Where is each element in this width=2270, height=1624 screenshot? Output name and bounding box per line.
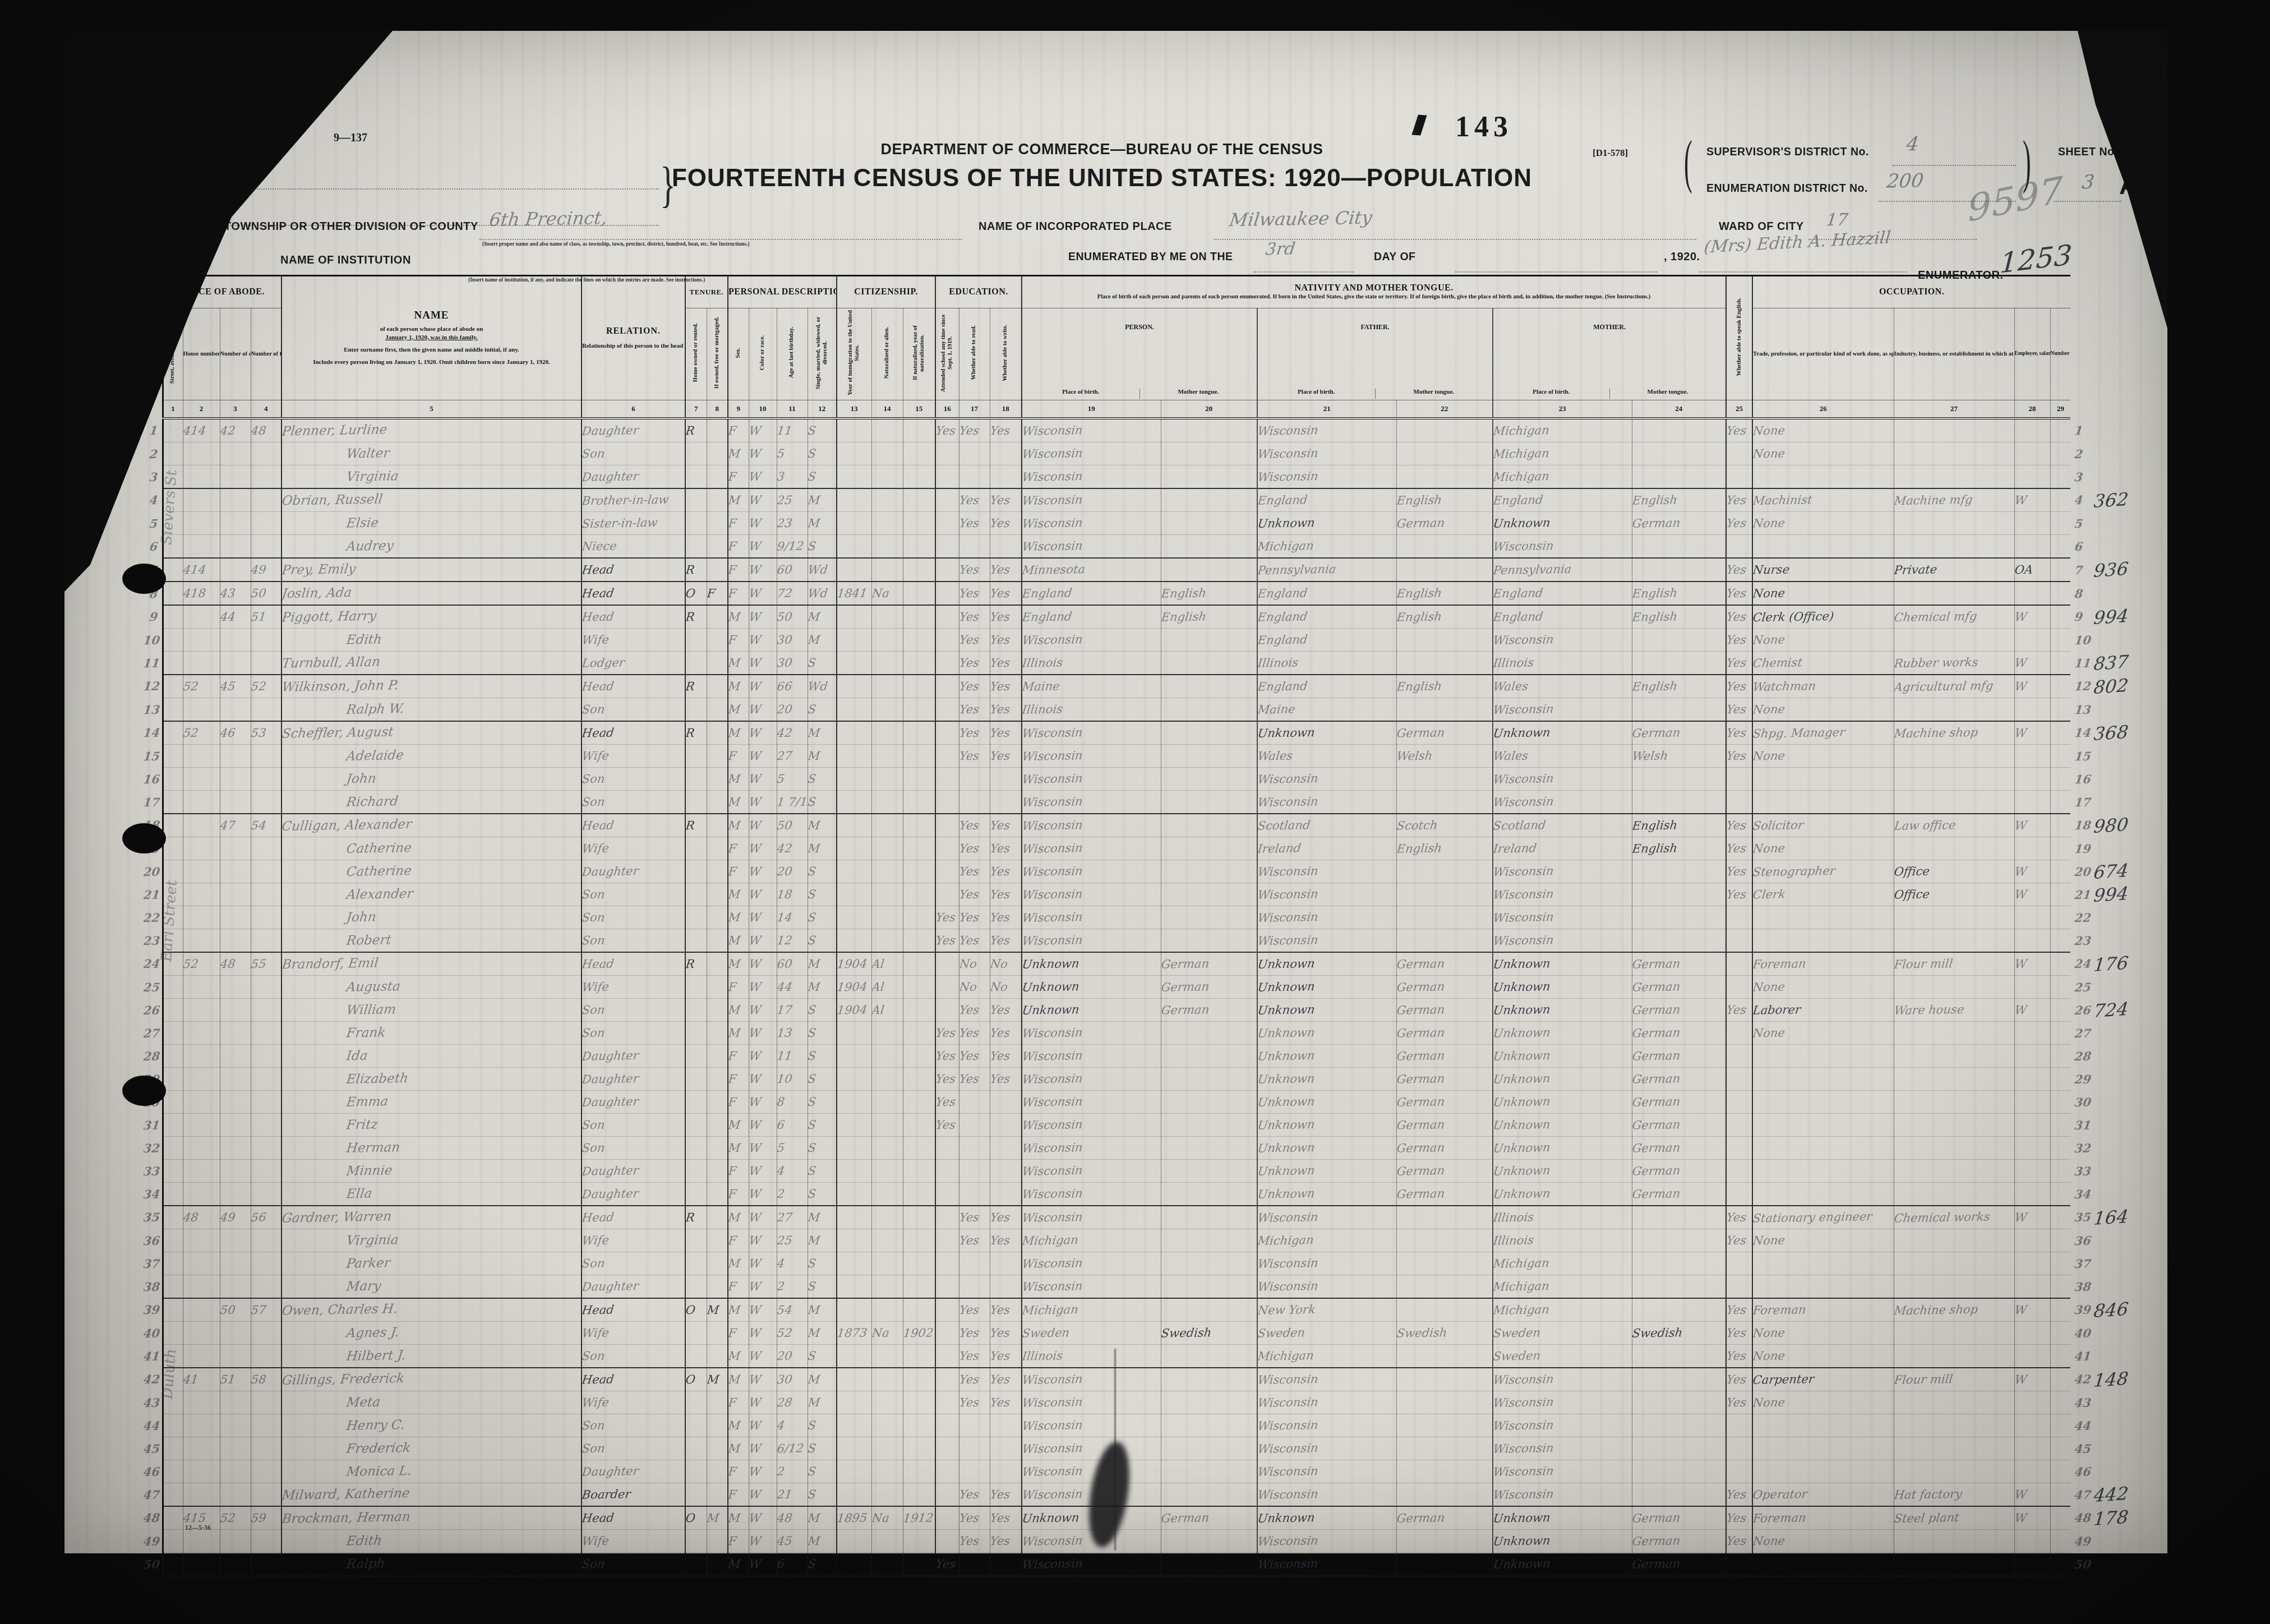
line-number-right: 40 [2070,1322,2094,1345]
margin-annotation [2094,1322,2147,1345]
margin-annotation [2094,1022,2147,1045]
col-9-header: Sex. [728,308,749,400]
punch-hole-3 [122,1076,166,1106]
line-number-left: 21 [144,883,163,906]
line-number-left: 35 [144,1206,163,1229]
margin-annotation [2094,1391,2147,1414]
year-printed: , 1920. [1664,251,1700,264]
table-row: 94451Piggott, HarryHeadRMW50MYesYesEngla… [144,605,2147,629]
line-number-right: 17 [2070,791,2094,814]
col-number-16: 16 [935,400,959,419]
table-row: 46Monica L.DaughterFW2SWisconsinWisconsi… [144,1460,2147,1483]
table-row: 13Ralph W.SonMW20SYesYesIllinoisMaineWis… [144,698,2147,722]
table-row: 29ElizabethDaughterFW10SYesYesYesWiscons… [144,1068,2147,1091]
table-row: 20CatherineDaughterFW20SYesYesWisconsinW… [144,860,2147,883]
col-number-13: 13 [837,400,871,419]
table-row: 38MaryDaughterFW2SWisconsinWisconsinMich… [144,1275,2147,1299]
ward-value: 17 [1825,210,1849,230]
table-row: 11Turnbull, AllanLodgerMW30SYesYesIllino… [144,652,2147,675]
col-number-4: 4 [251,400,282,419]
col-number-28: 28 [2014,400,2050,419]
line-number-left: 33 [144,1160,163,1183]
line-number-right: 22 [2070,906,2094,929]
table-row: 184754Culligan, AlexanderHeadRMW50MYesYe… [144,814,2147,837]
day-of-label: DAY OF [1374,251,1416,264]
line-number-right: 7 [2070,558,2094,582]
census-sheet: 9—137 DEPARTMENT OF COMMERCE—BUREAU OF T… [64,31,2167,1553]
margin-annotation [2094,768,2147,791]
census-table: PLACE OF ABODE. NAME of each person whos… [144,275,2147,1577]
line-number-left: 9 [144,605,163,629]
margin-annotation: 936 [2094,558,2147,582]
line-number-left: 10 [144,629,163,652]
line-number-right: 37 [2070,1252,2094,1275]
margin-annotation [2094,698,2147,722]
line-number-right: 24 [2070,952,2094,976]
table-row: 42415158Gillings, FrederickHeadOMMW30MYe… [144,1368,2147,1391]
line-number-left: 13 [144,698,163,722]
table-row: 4Obrian, RussellBrother-in-lawMW25MYesYe… [144,488,2147,512]
margin-annotation [2094,1414,2147,1437]
enumerator-number: 1253 [1999,238,2073,279]
line-number-right: 25 [2070,976,2094,999]
line-number-left: 39 [144,1298,163,1322]
line-number-left: 44 [144,1414,163,1437]
line-number-left: 16 [144,768,163,791]
nativity-mother-header: MOTHER. Place of birth.Mother tongue. [1493,308,1726,400]
line-number-left: 2 [144,442,163,465]
col-number-2: 2 [183,400,220,419]
line-number-right: 18 [2070,814,2094,837]
group-personal: PERSONAL DESCRIPTION. [728,276,837,308]
line-number-right: 4 [2070,488,2094,512]
enumeration-district-label: ENUMERATION DISTRICT No. [1706,182,1868,195]
table-row: 47Milward, KatherineBoarderFW21SYesYesWi… [144,1483,2147,1507]
line-number-right: 50 [2070,1553,2094,1576]
line-number-left: 36 [144,1229,163,1252]
col-16-header: Attended school any time since Sept. 1, … [935,308,959,400]
margin-annotation [2094,1460,2147,1483]
margin-annotation [2094,906,2147,929]
margin-annotation: 164 [2094,1206,2147,1229]
col-number-17: 17 [959,400,990,419]
line-number-left: 3 [144,465,163,489]
line-number-right: 16 [2070,768,2094,791]
table-row: 40Agnes J.WifeFW52M1873Na1902YesYesSwede… [144,1322,2147,1345]
margin-annotation [2094,791,2147,814]
line-number-left: 41 [144,1345,163,1368]
line-number-right: 30 [2070,1091,2094,1114]
township-note: (Insert proper name and also name of cla… [482,242,749,247]
col-relation-header: RELATION. Relationship of this person to… [582,276,685,400]
line-number-left: 31 [144,1114,163,1137]
table-row: 741449Prey, EmilyHeadRFW60WdYesYesMinnes… [144,558,2147,582]
line-number-left: 28 [144,1045,163,1068]
col-11-header: Age at last birthday. [777,308,808,400]
place-label: NAME OF INCORPORATED PLACE [979,220,1172,233]
line-number-right: 3 [2070,465,2094,489]
state-county-brace: } [660,155,676,214]
nativity-person-header: PERSON. Place of birth.Mother tongue. [1022,308,1257,400]
line-number-left: 11 [144,652,163,675]
table-row: 49EdithWifeFW45MYesYesWisconsinWisconsin… [144,1530,2147,1553]
table-row: 3VirginiaDaughterFW3SWisconsinWisconsinM… [144,465,2147,489]
margin-annotation [2094,1045,2147,1068]
col-18-header: Whether able to write. [990,308,1022,400]
street-name-3: Duluth [161,1290,181,1458]
table-row: 12524552Wilkinson, John P.HeadRMW66WdYes… [144,675,2147,698]
margin-annotation [2094,442,2147,465]
table-row: 10EdithWifeFW30MYesYesWisconsinEnglandWi… [144,629,2147,652]
nativity-father-header: FATHER. Place of birth.Mother tongue. [1257,308,1493,400]
line-number-right: 47 [2070,1483,2094,1507]
margin-annotation [2094,465,2147,489]
table-row: 21AlexanderSonMW18SYesYesWisconsinWiscon… [144,883,2147,906]
group-citizenship: CITIZENSHIP. [837,276,935,308]
place-value: Milwaukee City [1228,207,1373,230]
margin-annotation [2094,837,2147,860]
col-27-header: Industry, business, or establishment in … [1894,308,2014,400]
col-26-header: Trade, profession, or particular kind of… [1752,308,1894,400]
col-name-header: NAME of each person whose place of abode… [282,276,582,400]
stamp-flag-mark [1411,114,1427,135]
line-number-right: 43 [2070,1391,2094,1414]
line-number-left: 4 [144,488,163,512]
margin-annotation [2094,1091,2147,1114]
line-number-left: 34 [144,1183,163,1206]
sheet-number-value: 3 [2081,171,2096,193]
margin-annotation [2094,1160,2147,1183]
margin-annotation: 994 [2094,605,2147,629]
margin-annotation: 837 [2094,652,2147,675]
col-number-12: 12 [808,400,837,419]
table-row: 31FritzSonMW6SYesWisconsinUnknownGermanU… [144,1114,2147,1137]
line-number-right: 8 [2070,582,2094,605]
line-number-right: 23 [2070,929,2094,953]
margin-annotation [2094,1137,2147,1160]
page-stamp-number: 143 [1455,110,1512,144]
table-row: 15AdelaideWifeFW27MYesYesWisconsinWalesW… [144,745,2147,768]
col-number-11: 11 [777,400,808,419]
col-number-22: 22 [1396,400,1493,419]
table-row: 2WalterSonMW5SWisconsinWisconsinMichigan… [144,442,2147,465]
table-row: 34EllaDaughterFW2SWisconsinUnknownGerman… [144,1183,2147,1206]
margin-annotation [2094,1437,2147,1460]
line-number-right: 42 [2070,1368,2094,1391]
col-number-27: 27 [1894,400,2014,419]
col-10-header: Color or race. [749,308,777,400]
line-number-right: 38 [2070,1275,2094,1299]
department-line: DEPARTMENT OF COMMERCE—BUREAU OF THE CEN… [880,141,1323,158]
table-row: 19CatherineWifeFW42MYesYesWisconsinIrela… [144,837,2147,860]
margin-annotation [2094,1114,2147,1137]
col-number-7: 7 [685,400,707,419]
col-number-6: 6 [582,400,685,419]
table-row: 41Hilbert J.SonMW20SYesYesIllinoisMichig… [144,1345,2147,1368]
line-number-left: 22 [144,906,163,929]
line-number-right: 33 [2070,1160,2094,1183]
line-number-right: 45 [2070,1437,2094,1460]
table-row: 17RichardSonMW1 7/12SWisconsinWisconsinW… [144,791,2147,814]
group-education: EDUCATION. [935,276,1022,308]
margin-annotation: 148 [2094,1368,2147,1391]
line-number-left: 20 [144,860,163,883]
group-tenure: TENURE. [685,276,728,308]
table-row: 45FrederickSonMW6/12SWisconsinWisconsinW… [144,1437,2147,1460]
col-13-header: Year of immigration to the United States… [837,308,871,400]
institution-label: NAME OF INSTITUTION [280,254,411,267]
margin-annotation [2094,1183,2147,1206]
census-scan-page: 9—137 DEPARTMENT OF COMMERCE—BUREAU OF T… [0,0,2270,1624]
line-number-right: 48 [2070,1506,2094,1530]
table-row: 14524653Scheffler, AugustHeadRMW42MYesYe… [144,721,2147,745]
line-number-right: 2 [2070,442,2094,465]
col-7-header: Home owned or rented. [685,308,707,400]
col-number-15: 15 [903,400,935,419]
supervisor-district-label: SUPERVISOR'S DISTRICT No. [1706,146,1869,159]
col-25-header: Whether able to speak English. [1726,276,1752,400]
line-number-right: 39 [2070,1298,2094,1322]
margin-annotation: 802 [2094,675,2147,698]
table-row: 50RalphSonMW6SYesWisconsinWisconsinUnkno… [144,1553,2147,1576]
line-number-right: 49 [2070,1530,2094,1553]
col-number-5: 5 [282,400,582,419]
table-row: 33MinnieDaughterFW4SWisconsinUnknownGerm… [144,1160,2147,1183]
col-number-18: 18 [990,400,1022,419]
col-number-9: 9 [728,400,749,419]
table-row: 25AugustaWifeFW44M1904AlNoNoUnknownGerma… [144,976,2147,999]
line-number-right: 34 [2070,1183,2094,1206]
table-row: 395057Owen, Charles H.HeadOMMW54MYesYesM… [144,1298,2147,1322]
line-number-left: 12 [144,675,163,698]
line-number-right: 44 [2070,1414,2094,1437]
line-number-left: 25 [144,976,163,999]
margin-annotation [2094,929,2147,953]
line-number-left: 38 [144,1275,163,1299]
line-number-left: 27 [144,1022,163,1045]
form-code: 9—137 [334,132,367,145]
line-number-right: 26 [2070,999,2094,1022]
col-number-19: 19 [1022,400,1161,419]
col-number-26: 26 [1752,400,1894,419]
col-8-header: If owned, free or mortgaged. [707,308,728,400]
col-17-header: Whether able to read. [959,308,990,400]
table-row: 30EmmaDaughterFW8SYesWisconsinUnknownGer… [144,1091,2147,1114]
street-name-2: Earl Street [161,824,181,1018]
township-label: TOWNSHIP OR OTHER DIVISION OF COUNTY [224,220,478,233]
punch-hole-2 [122,823,166,853]
table-row: 84184350Joslin, AdaHeadOFFW72Wd1841NaYes… [144,582,2147,605]
col-number-14: 14 [871,400,903,419]
township-value: 6th Precinct, [488,207,608,230]
col-number-20: 20 [1161,400,1257,419]
bracket-code: [D1-578] [1593,147,1628,159]
col-number-29: 29 [2050,400,2070,419]
line-number-left: 32 [144,1137,163,1160]
col-3-header: Number of dwelling house in order of vis… [220,308,251,400]
line-number-right: 35 [2070,1206,2094,1229]
line-number-right: 10 [2070,629,2094,652]
enumerated-day: 3rd [1265,239,1297,260]
left-paren: ( [1684,127,1692,196]
col-number-3: 3 [220,400,251,419]
census-table-body: 14144248Plenner, LurlineDaughterRFW11SYe… [144,418,2147,1576]
margin-annotation [2094,1345,2147,1368]
line-number-left: 46 [144,1460,163,1483]
line-number-left: 47 [144,1483,163,1507]
margin-annotation [2094,1252,2147,1275]
margin-annotation: 980 [2094,814,2147,837]
line-number-right: 15 [2070,745,2094,768]
col-number-21: 21 [1257,400,1396,419]
line-number-left: 14 [144,721,163,745]
line-number-right: 6 [2070,535,2094,559]
line-number-right: 28 [2070,1045,2094,1068]
enumerated-label: ENUMERATED BY ME ON THE [1068,251,1233,264]
line-number-right: 12 [2070,675,2094,698]
ward-label: WARD OF CITY [1719,220,1804,233]
line-number-right: 11 [2070,652,2094,675]
margin-annotation: 724 [2094,999,2147,1022]
line-number-left: 48 [144,1506,163,1530]
margin-annotation [2094,1553,2147,1576]
group-occupation: OCCUPATION. [1752,276,2070,308]
line-number-right: 31 [2070,1114,2094,1137]
margin-annotation [2094,976,2147,999]
col-12-header: Single, married, widowed, or divorced. [808,308,837,400]
line-number-right: 19 [2070,837,2094,860]
corner-scribble: 9597 [1967,168,2064,230]
line-number-right: 29 [2070,1068,2094,1091]
margin-annotation [2094,512,2147,535]
line-number-right: 9 [2070,605,2094,629]
column-number-row: 1234567891011121314151617181920212223242… [144,400,2147,419]
group-nativity: NATIVITY AND MOTHER TONGUE. Place of bir… [1022,276,1726,308]
table-row: 16JohnSonMW5SWisconsinWisconsinWisconsin… [144,768,2147,791]
margin-annotation [2094,1530,2147,1553]
line-number-right: 13 [2070,698,2094,722]
col-number-8: 8 [707,400,728,419]
punch-hole-1 [122,564,166,594]
table-row: 44Henry C.SonMW4SWisconsinWisconsinWisco… [144,1414,2147,1437]
margin-annotation: 674 [2094,860,2147,883]
line-number-right: 36 [2070,1229,2094,1252]
col-15-header: If naturalized, year of naturalization. [903,308,935,400]
table-row: 14144248Plenner, LurlineDaughterRFW11SYe… [144,418,2147,442]
margin-annotation: 442 [2094,1483,2147,1507]
census-title: FOURTEENTH CENSUS OF THE UNITED STATES: … [672,164,1532,192]
table-row: 43MetaWifeFW28MYesYesWisconsinWisconsinW… [144,1391,2147,1414]
margin-annotation [2094,629,2147,652]
table-row: 5ElsieSister-in-lawFW23MYesYesWisconsinU… [144,512,2147,535]
line-number-right: 20 [2070,860,2094,883]
table-row: 484155259Brockman, HermanHeadOMMW48M1895… [144,1506,2147,1530]
table-header: PLACE OF ABODE. NAME of each person whos… [144,276,2147,419]
margin-annotation [2094,1275,2147,1299]
table-row: 26WilliamSonMW17S1904AlYesYesUnknownGerm… [144,999,2147,1022]
margin-annotation [2094,745,2147,768]
enumeration-district-value: 200 [1885,169,1925,192]
table-row: 22JohnSonMW14SYesYesYesWisconsinWisconsi… [144,906,2147,929]
line-number-left: 49 [144,1530,163,1553]
line-number-right: 1 [2070,418,2094,442]
col-number-23: 23 [1493,400,1632,419]
margin-annotation [2094,418,2147,442]
margin-annotation [2094,535,2147,559]
table-row: 23RobertSonMW12SYesYesYesWisconsinWiscon… [144,929,2147,953]
table-row: 37ParkerSonMW4SWisconsinWisconsinMichiga… [144,1252,2147,1275]
table-row: 27FrankSonMW13SYesYesYesWisconsinUnknown… [144,1022,2147,1045]
margin-annotation: 994 [2094,883,2147,906]
table-row: 6AudreyNieceFW9/12SWisconsinMichiganWisc… [144,535,2147,559]
line-number-left: 40 [144,1322,163,1345]
margin-annotation [2094,582,2147,605]
line-number-left: 45 [144,1437,163,1460]
margin-annotation: 368 [2094,721,2147,745]
table-row: 36VirginiaWifeFW25MYesYesMichiganMichiga… [144,1229,2147,1252]
line-number-right: 46 [2070,1460,2094,1483]
col-14-header: Naturalized or alien. [871,308,903,400]
margin-annotation: 178 [2094,1506,2147,1530]
col-number-24: 24 [1632,400,1726,419]
col-29-header: Number of farm schedule. [2050,308,2070,400]
line-number-right: 41 [2070,1345,2094,1368]
margin-annotation [2094,1068,2147,1091]
line-number-right: 27 [2070,1022,2094,1045]
line-number-left: 50 [144,1553,163,1576]
line-number-left: 17 [144,791,163,814]
col-number-10: 10 [749,400,777,419]
line-number-right: 14 [2070,721,2094,745]
sheet-number-label: SHEET No. [2058,146,2117,159]
line-number-left: 15 [144,745,163,768]
col-28-header: Employer, salary or wage worker, or work… [2014,308,2050,400]
table-row: 24524855Brandorf, EmilHeadRMW60M1904AlNo… [144,952,2147,976]
table-row: 35484956Gardner, WarrenHeadRMW27MYesYesW… [144,1206,2147,1229]
margin-annotation: 362 [2094,488,2147,512]
line-number-right: 32 [2070,1137,2094,1160]
margin-annotation: 846 [2094,1298,2147,1322]
col-4-header: Number of family in order of visitation. [251,308,282,400]
col-2-header: House number or farm, etc. (See Instruct… [183,308,220,400]
line-number-right: 5 [2070,512,2094,535]
table-row: 32HermanSonMW5SWisconsinUnknownGermanUnk… [144,1137,2147,1160]
col-number-25: 25 [1726,400,1752,419]
line-number-right: 21 [2070,883,2094,906]
supervisor-district-value: 4 [1905,133,1921,155]
crease-line [1114,1349,1116,1551]
margin-annotation: 176 [2094,952,2147,976]
margin-annotation [2094,1229,2147,1252]
table-row: 28IdaDaughterFW11SYesYesYesWisconsinUnkn… [144,1045,2147,1068]
line-number-left: 26 [144,999,163,1022]
line-number-left: 37 [144,1252,163,1275]
